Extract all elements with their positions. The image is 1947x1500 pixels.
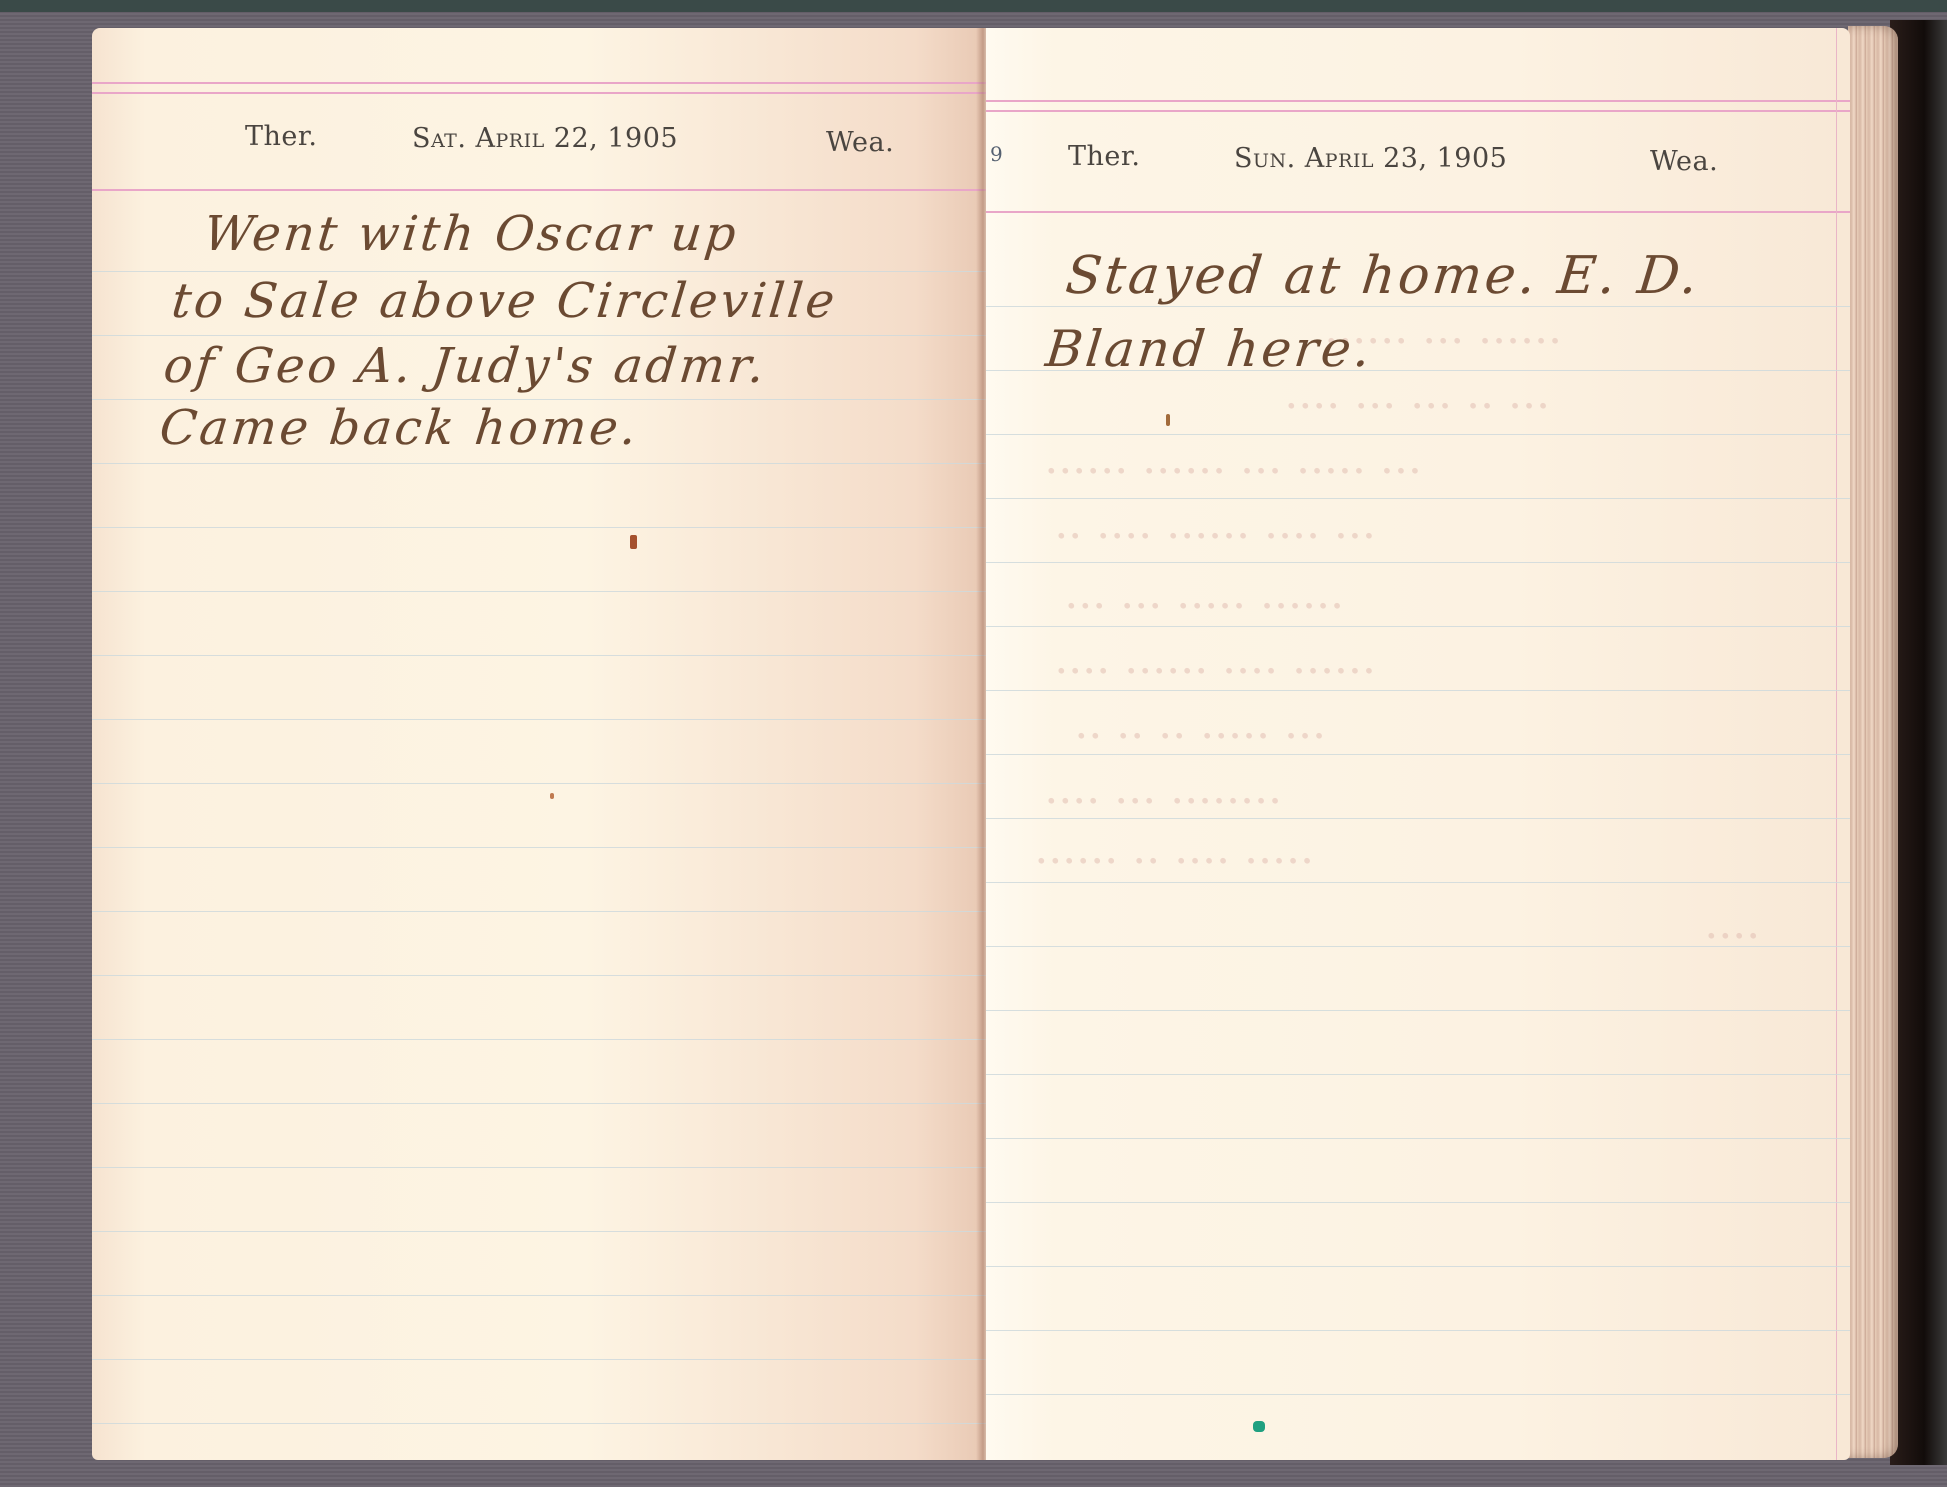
ruled-line xyxy=(986,1266,1850,1267)
ruled-line xyxy=(92,1103,986,1104)
handwritten-line-3: of Geo A. Judy's admr. xyxy=(161,338,770,394)
ruled-line xyxy=(986,1074,1850,1075)
handwritten-line-1: Stayed at home. E. D. xyxy=(1063,246,1704,306)
ruled-line xyxy=(92,719,986,720)
ink-speck xyxy=(550,793,554,799)
ruled-line xyxy=(986,882,1850,883)
bleed-through-line: ...... ..... ... ... xyxy=(1062,568,1349,619)
ink-spot xyxy=(630,535,637,549)
ruled-line xyxy=(986,626,1850,627)
ruled-line xyxy=(92,911,986,912)
page-edges-stack xyxy=(1848,26,1898,1458)
right-page: 9 Ther. Sun. April 23, 1905 Wea. ...... … xyxy=(986,28,1850,1460)
left-date-heading: Sat. April 22, 1905 xyxy=(412,123,678,154)
ruled-line xyxy=(986,1394,1850,1395)
handwritten-line-1: Went with Oscar up xyxy=(201,206,741,262)
bleed-through-line: ... .... ...... .... .. xyxy=(1052,498,1381,549)
left-page: Ther. Sat. April 22, 1905 Wea. Went with… xyxy=(92,28,986,1460)
handwritten-line-2: Bland here. xyxy=(1043,320,1376,378)
ink-spot xyxy=(1166,414,1170,426)
pink-rule-top-2 xyxy=(986,110,1850,112)
ruled-line xyxy=(92,783,986,784)
green-speck xyxy=(1253,1421,1265,1432)
bleed-through-line: ..... .... .. ...... xyxy=(1032,823,1319,874)
ruled-line xyxy=(92,1231,986,1232)
right-ther-label: Ther. xyxy=(1068,141,1140,172)
pink-rule-header-bottom xyxy=(986,211,1850,213)
ruled-line xyxy=(986,1202,1850,1203)
ruled-line xyxy=(92,1295,986,1296)
pink-rule-top-2 xyxy=(92,92,986,94)
ruled-line xyxy=(92,1423,986,1424)
pink-rule-top-1 xyxy=(92,82,986,84)
pink-rule-top-1 xyxy=(986,100,1850,102)
ruled-line xyxy=(92,975,986,976)
left-ther-label: Ther. xyxy=(245,121,317,152)
handwritten-line-4: Came back home. xyxy=(157,400,642,456)
ruled-line xyxy=(92,1167,986,1168)
scan-top-edge xyxy=(0,0,1947,12)
handwritten-line-2: to Sale above Circleville xyxy=(169,273,840,329)
ruled-line xyxy=(986,1330,1850,1331)
ruled-line xyxy=(92,335,986,336)
ruled-line xyxy=(986,754,1850,755)
ruled-line xyxy=(986,690,1850,691)
page-number: 9 xyxy=(990,142,1003,166)
ruled-line xyxy=(92,1039,986,1040)
ruled-line xyxy=(92,655,986,656)
left-wea-label: Wea. xyxy=(826,127,894,158)
bleed-through-line: ... ..... ... ...... ...... xyxy=(1042,433,1427,484)
ruled-line xyxy=(986,562,1850,563)
right-wea-label: Wea. xyxy=(1650,146,1718,177)
ruled-line xyxy=(986,1010,1850,1011)
ruled-line xyxy=(92,1359,986,1360)
right-date-heading: Sun. April 23, 1905 xyxy=(1234,143,1507,174)
bleed-through-line: ... ..... .. .. .. xyxy=(1072,698,1331,749)
ruled-line xyxy=(986,1138,1850,1139)
ruled-line xyxy=(92,271,986,272)
bleed-through-line: ...... .... ...... .... xyxy=(1052,633,1381,684)
ruled-line xyxy=(986,818,1850,819)
ruled-line xyxy=(92,591,986,592)
page-margin-line xyxy=(1836,28,1837,1460)
ruled-line xyxy=(92,527,986,528)
ruled-line xyxy=(92,847,986,848)
ruled-line xyxy=(92,463,986,464)
bleed-through-line: ........ ... .... xyxy=(1042,763,1287,814)
pink-rule-header-bottom xyxy=(92,189,986,191)
bleed-through-line: .... xyxy=(1702,898,1765,949)
book-cover-edge xyxy=(1890,20,1947,1465)
